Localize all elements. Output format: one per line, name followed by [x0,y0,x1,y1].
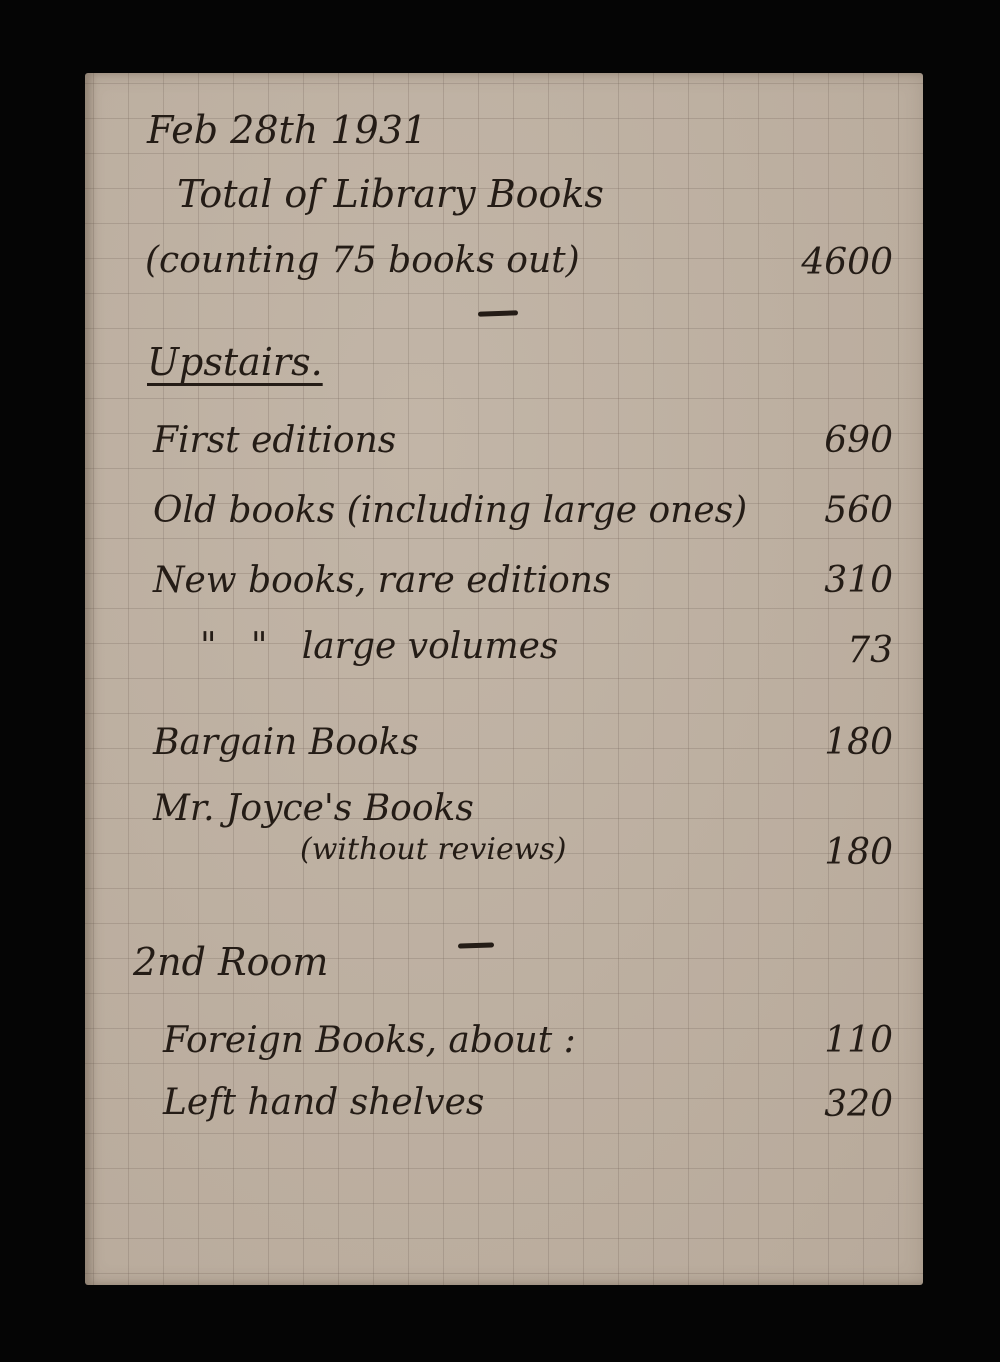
total-count: 4600 [753,245,893,281]
list-item-count: 180 [753,835,893,871]
list-item-label: Mr. Joyce's Books [153,791,474,827]
list-item-label: Foreign Books, about : [163,1023,576,1059]
list-item-label: Old books (including large ones) [153,493,747,529]
list-item-sublabel: (without reviews) [300,835,567,865]
list-item-label: New books, rare editions [153,563,611,599]
list-item-count: 110 [753,1023,893,1059]
list-item-count: 73 [753,633,893,669]
title-line: Total of Library Books [177,175,604,213]
list-item-count: 690 [753,423,893,459]
section-heading-2nd-room: 2nd Room [133,943,328,981]
section-heading-upstairs: Upstairs. [147,343,323,381]
date-line: Feb 28th 1931 [147,111,427,149]
list-item-label: " " large volumes [200,629,558,665]
separator-dash [458,942,494,948]
list-item-label: Bargain Books [153,725,419,761]
list-item-label: First editions [153,423,396,459]
list-item-label: Left hand shelves [163,1085,484,1121]
list-item-count: 320 [753,1087,893,1123]
list-item-count: 180 [753,725,893,761]
separator-dash [478,310,518,316]
list-item-count: 310 [753,563,893,599]
graph-paper-sheet: Feb 28th 1931 Total of Library Books (co… [85,73,923,1285]
subtitle-line: (counting 75 books out) [145,243,580,279]
list-item-count: 560 [753,493,893,529]
